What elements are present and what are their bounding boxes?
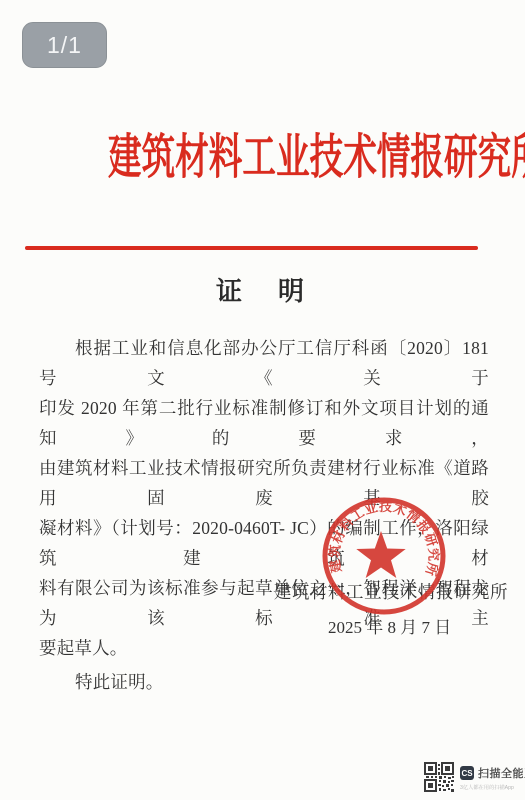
official-seal: 建筑材料工业技术情报研究所 <box>320 494 448 620</box>
star-icon <box>356 531 405 578</box>
watermark-slogan: 3亿人都在用的扫描App <box>460 783 514 791</box>
letterhead-divider <box>25 246 478 250</box>
qr-code <box>424 762 454 792</box>
letterhead-title-text: 建筑材料工业技术情报研究所文件 <box>108 126 525 190</box>
scanner-watermark: CS 扫描全能王 3亿人都在用的扫描App <box>424 762 524 794</box>
certificate-heading: 证 明 <box>0 271 525 308</box>
body-line: 根据工业和信息化部办公厅工信厅科函〔2020〕181 号文《关于 <box>39 333 489 393</box>
body-line: 印发 2020 年第二批行业标准制修订和外文项目计划的通知》的要求， <box>39 393 489 453</box>
page-indicator-badge: 1/1 <box>22 22 107 68</box>
camscanner-logo-icon: CS <box>460 766 474 780</box>
document-page: 1/1 建筑材料工业技术情报研究所文件 证 明 根据工业和信息化部办公厅工信厅科… <box>0 0 525 800</box>
letterhead-title: 建筑材料工业技术情报研究所文件 <box>0 126 525 190</box>
watermark-app-name: 扫描全能王 <box>478 765 525 781</box>
closing-line: 特此证明。 <box>39 667 489 697</box>
watermark-text-block: CS 扫描全能王 3亿人都在用的扫描App <box>460 762 525 796</box>
